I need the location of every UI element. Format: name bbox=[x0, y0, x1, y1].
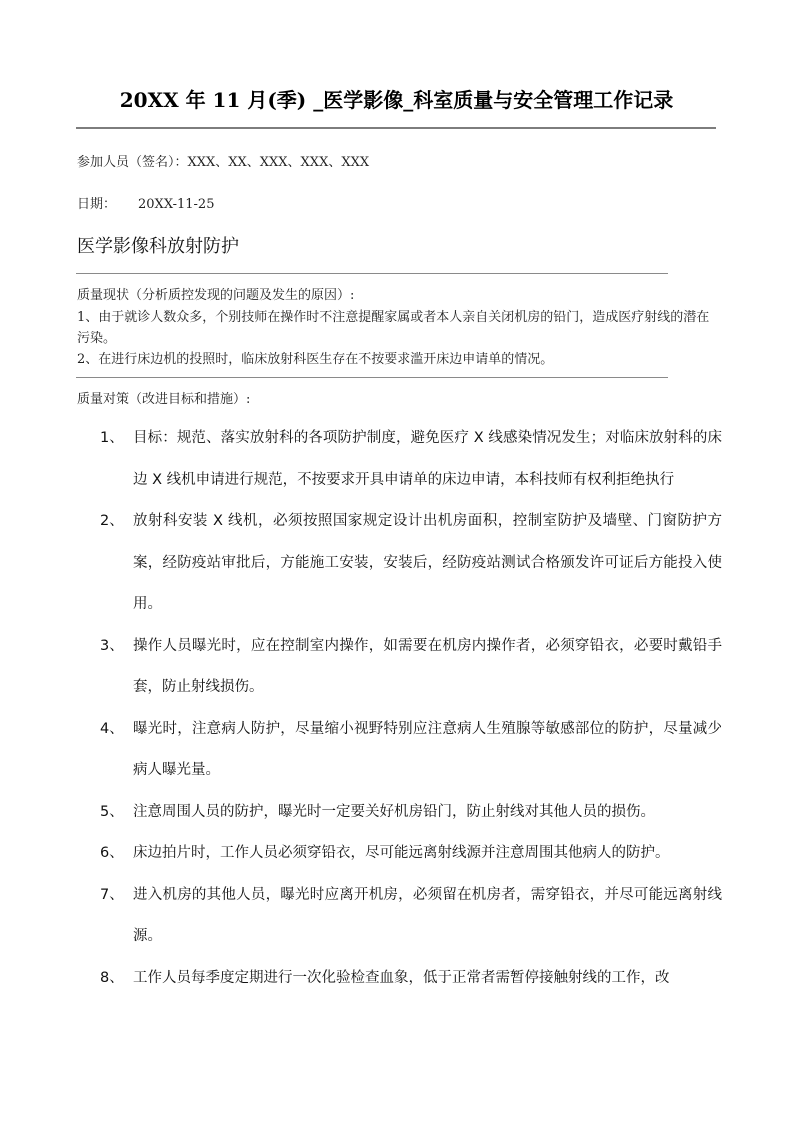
measure-text: 目标：规范、落实放射科的各项防护制度，避免医疗 X 线感染情况发生；对临床放射科… bbox=[133, 430, 722, 488]
quality-status-item: 1、由于就诊人数众多，个别技师在操作时不注意提醒家属或者本人亲自关闭机房的铅门，… bbox=[77, 307, 722, 349]
participants-line: 参加人员（签名）：XXX、XX、XXX、XXX、XXX bbox=[77, 151, 369, 170]
measure-number: 2、 bbox=[100, 501, 124, 543]
measure-item: 8、 工作人员每季度定期进行一次化验检查血象，低于正常者需暂停接触射线的工作，改 bbox=[100, 958, 722, 1000]
participants-value: XXX、XX、XXX、XXX、XXX bbox=[188, 155, 370, 170]
measure-item: 6、 床边拍片时，工作人员必须穿铅衣，尽可能远离射线源并注意周围其他病人的防护。 bbox=[100, 833, 722, 875]
date-line: 日期：20XX-11-25 bbox=[77, 193, 214, 212]
measure-number: 5、 bbox=[100, 792, 124, 834]
measure-text: 放射科安装 X 线机，必须按照国家规定设计出机房面积，控制室防护及墙壁、门窗防护… bbox=[133, 513, 722, 612]
document-page: 20XX 年 11 月(季) _医学影像_科室质量与安全管理工作记录 参加人员（… bbox=[0, 0, 793, 1122]
measure-number: 6、 bbox=[100, 833, 124, 875]
section-divider-top bbox=[76, 273, 668, 274]
quality-status-block: 质量现状（分析质控发现的问题及发生的原因）: 1、由于就诊人数众多，个别技师在操… bbox=[77, 285, 722, 370]
quality-status-label: 质量现状（分析质控发现的问题及发生的原因）: bbox=[77, 285, 722, 306]
measure-item: 2、 放射科安装 X 线机，必须按照国家规定设计出机房面积，控制室防护及墙壁、门… bbox=[100, 501, 722, 626]
title-divider bbox=[76, 127, 716, 129]
measure-text: 床边拍片时，工作人员必须穿铅衣，尽可能远离射线源并注意周围其他病人的防护。 bbox=[133, 845, 670, 861]
document-title: 20XX 年 11 月(季) _医学影像_科室质量与安全管理工作记录 bbox=[0, 84, 793, 113]
quality-measures-label: 质量对策（改进目标和措施）: bbox=[77, 388, 250, 407]
date-label: 日期： bbox=[77, 197, 116, 212]
measure-number: 7、 bbox=[100, 875, 124, 917]
quality-status-item: 2、在进行床边机的投照时，临床放射科医生存在不按要求滥开床边申请单的情况。 bbox=[77, 349, 722, 370]
measure-item: 4、 曝光时，注意病人防护，尽量缩小视野特别应注意病人生殖腺等敏感部位的防护，尽… bbox=[100, 709, 722, 792]
measure-text: 工作人员每季度定期进行一次化验检查血象，低于正常者需暂停接触射线的工作，改 bbox=[133, 970, 670, 986]
measure-number: 4、 bbox=[100, 709, 124, 751]
measure-number: 3、 bbox=[100, 626, 124, 668]
quality-measures-list: 1、 目标：规范、落实放射科的各项防护制度，避免医疗 X 线感染情况发生；对临床… bbox=[100, 418, 722, 999]
measure-item: 1、 目标：规范、落实放射科的各项防护制度，避免医疗 X 线感染情况发生；对临床… bbox=[100, 418, 722, 501]
measure-number: 8、 bbox=[100, 958, 124, 1000]
measure-text: 注意周围人员的防护，曝光时一定要关好机房铅门，防止射线对其他人员的损伤。 bbox=[133, 804, 655, 820]
participants-label: 参加人员（签名）： bbox=[77, 155, 188, 170]
section-divider-bottom bbox=[76, 377, 668, 378]
measure-text: 进入机房的其他人员，曝光时应离开机房，必须留在机房者，需穿铅衣，并尽可能远离射线… bbox=[133, 887, 722, 945]
measure-item: 5、 注意周围人员的防护，曝光时一定要关好机房铅门，防止射线对其他人员的损伤。 bbox=[100, 792, 722, 834]
measure-number: 1、 bbox=[100, 418, 124, 460]
section-heading: 医学影像科放射防护 bbox=[77, 232, 239, 258]
measure-item: 7、 进入机房的其他人员，曝光时应离开机房，必须留在机房者，需穿铅衣，并尽可能远… bbox=[100, 875, 722, 958]
measure-text: 操作人员曝光时，应在控制室内操作，如需要在机房内操作者，必须穿铅衣，必要时戴铅手… bbox=[133, 638, 722, 696]
date-value: 20XX-11-25 bbox=[138, 197, 214, 212]
measure-item: 3、 操作人员曝光时，应在控制室内操作，如需要在机房内操作者，必须穿铅衣，必要时… bbox=[100, 626, 722, 709]
measure-text: 曝光时，注意病人防护，尽量缩小视野特别应注意病人生殖腺等敏感部位的防护，尽量减少… bbox=[133, 721, 722, 779]
